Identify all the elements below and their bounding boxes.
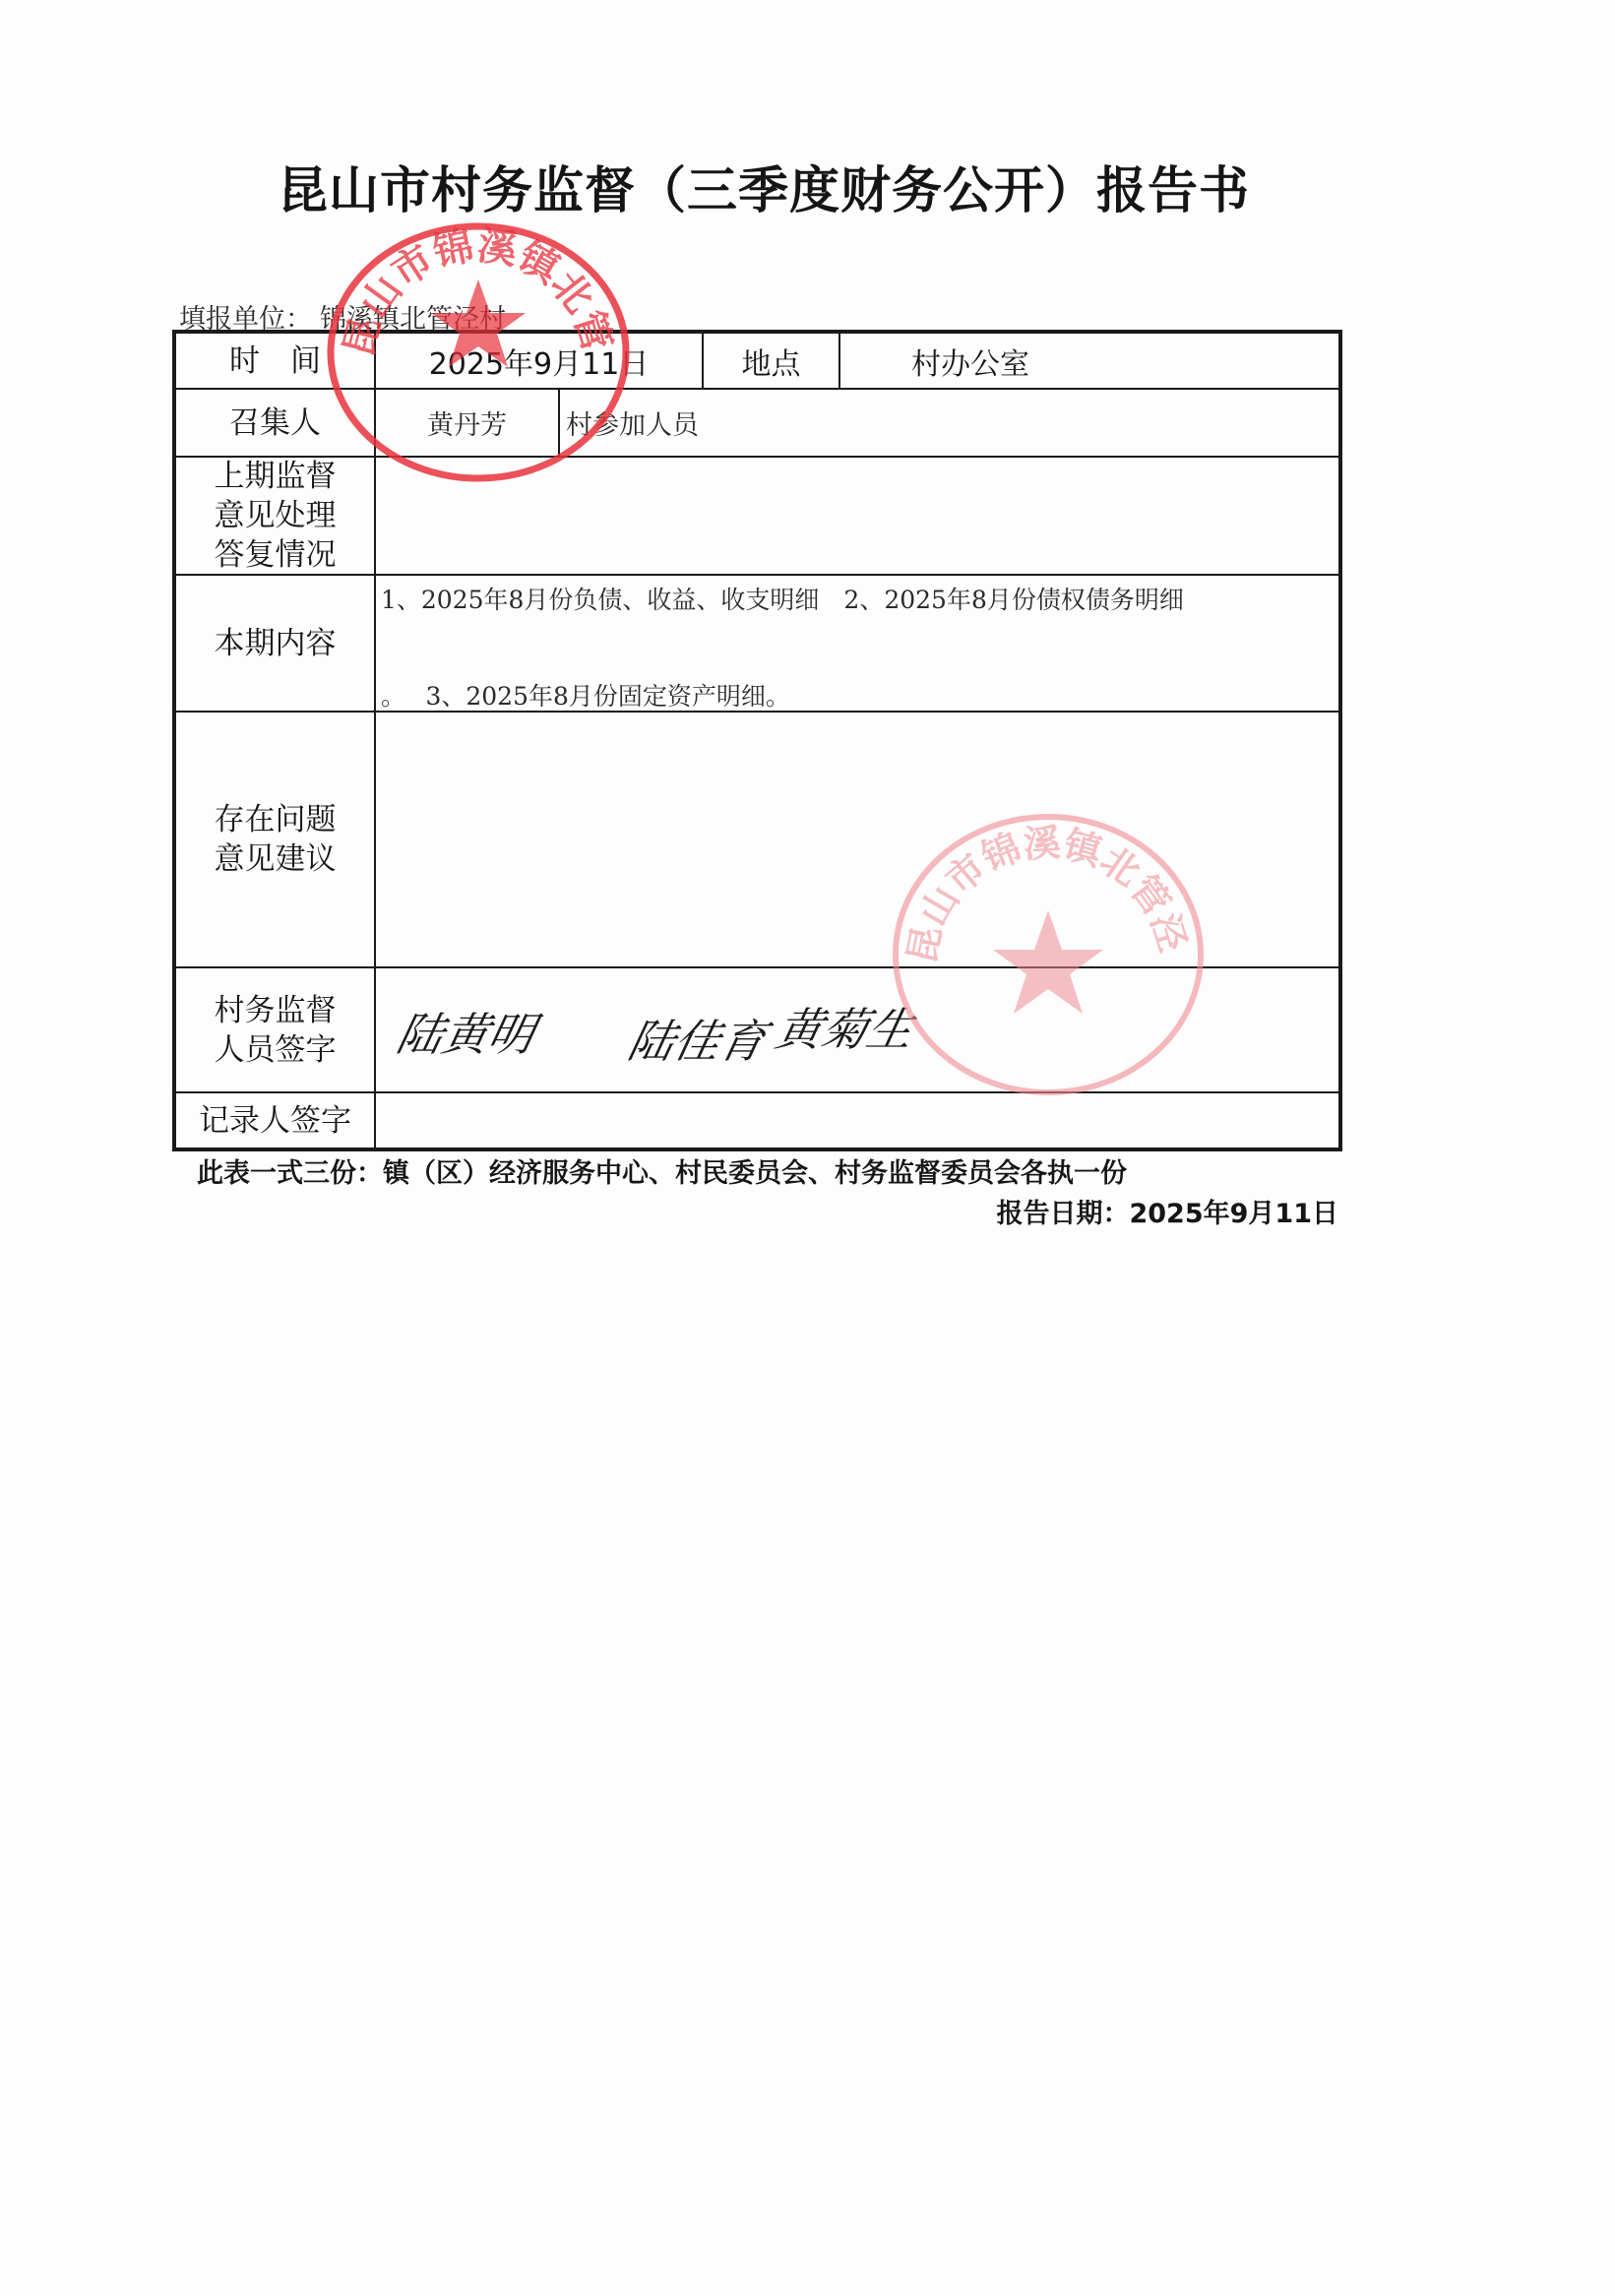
label-line: 村务监督 <box>215 991 337 1030</box>
recorder-sign-value <box>376 1093 1338 1148</box>
current-content-line-2: 。 3、2025年8月份固定资产明细。 <box>381 677 790 713</box>
label-line: 答复情况 <box>215 535 337 575</box>
copies-note: 此表一式三份：镇（区）经济服务中心、村民委员会、村务监督委员会各执一份 <box>197 1151 1127 1190</box>
report-date: 报告日期：2025年9月11日 <box>996 1192 1338 1230</box>
label-line: 意见建议 <box>215 839 337 879</box>
document-title: 昆山市村务监督（三季度财务公开）报告书 <box>242 150 1285 222</box>
label-line: 意见处理 <box>215 496 337 535</box>
time-label: 时 间 <box>176 334 374 388</box>
participants-value: 村参加人员 <box>560 390 954 456</box>
label-line: 上期监督 <box>215 457 337 496</box>
current-content-label: 本期内容 <box>176 576 374 711</box>
previous-feedback-value <box>376 458 1338 574</box>
current-content-line-1: 1、2025年8月份负债、收益、收支明细 2、2025年8月份债权债务明细 <box>381 581 1184 616</box>
issues-value <box>376 713 1338 966</box>
signature-2: 陆佳育 <box>623 1006 773 1071</box>
convener-label: 召集人 <box>176 390 374 456</box>
issues-label: 存在问题 意见建议 <box>176 713 374 966</box>
label-line: 人员签字 <box>215 1030 337 1070</box>
location-label: 地点 <box>704 334 839 388</box>
signature-3: 黄菊生 <box>771 994 920 1059</box>
convener-value: 黄丹芳 <box>376 390 558 456</box>
location-value: 村办公室 <box>840 334 1126 388</box>
label-line: 存在问题 <box>215 800 337 839</box>
signature-1: 陆黄明 <box>392 999 541 1064</box>
document-page: 昆山市村务监督（三季度财务公开）报告书 填报单位：锦溪镇北管泾村 时 间 202… <box>0 0 1615 2296</box>
previous-feedback-label: 上期监督 意见处理 答复情况 <box>176 458 374 574</box>
supervisor-sign-label: 村务监督 人员签字 <box>176 968 374 1091</box>
time-value: 2025年9月11日 <box>376 334 702 388</box>
recorder-sign-label: 记录人签字 <box>176 1093 374 1148</box>
